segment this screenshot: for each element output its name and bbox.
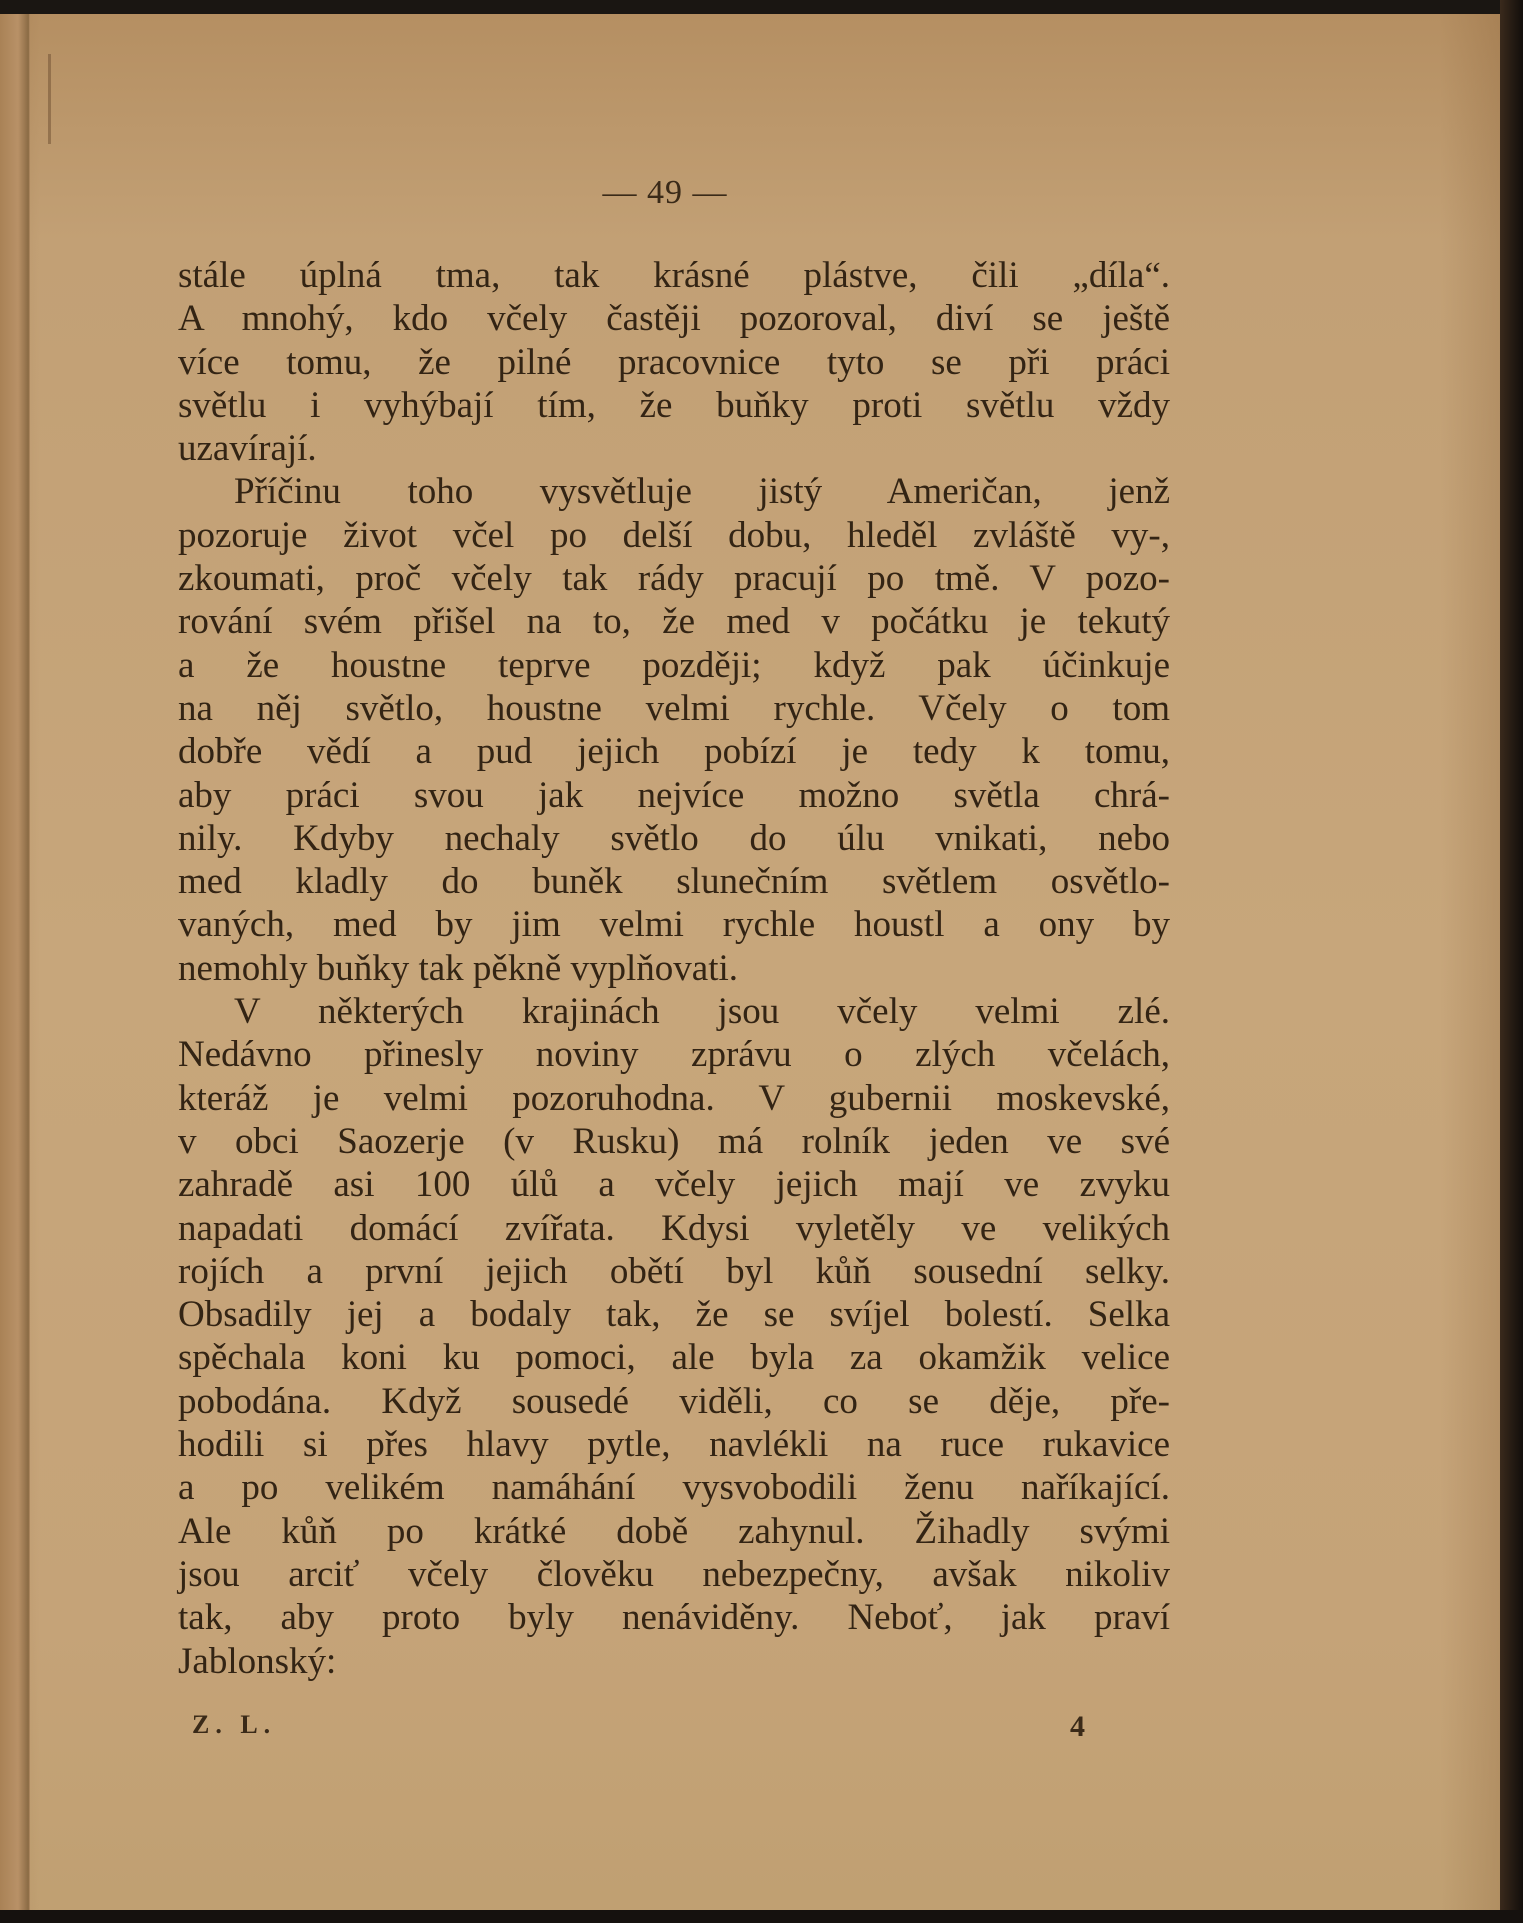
text-line: jsou arciť včely člověku nebezpečny, avš… [178,1553,1170,1596]
text-line: hodili si přes hlavy pytle, navlékli na … [178,1423,1170,1466]
text-line: v obci Saozerje (v Rusku) má rolník jede… [178,1120,1170,1163]
text-line: a že houstne teprve později; když pak úč… [178,644,1170,687]
printer-signature: Z. L. [192,1710,276,1740]
text-line: Příčinu toho vysvětluje jistý Američan, … [178,470,1170,513]
text-line: zkoumati, proč včely tak rády pracují po… [178,557,1170,600]
page-footer: Z. L. 4 [192,1710,1092,1750]
text-line: rování svém přišel na to, že med v počát… [178,600,1170,643]
text-line: uzavírají. [178,427,1170,470]
text-line: vaných, med by jim velmi rychle houstl a… [178,903,1170,946]
text-line: Obsadily jej a bodaly tak, že se svíjel … [178,1293,1170,1336]
text-line: a po velikém namáhání vysvobodili ženu n… [178,1466,1170,1509]
scan-frame-bottom [0,1910,1523,1923]
spine-mark [48,54,51,144]
text-line: zahradě asi 100 úlů a včely jejich mají … [178,1163,1170,1206]
text-line: A mnohý, kdo včely častěji pozoroval, di… [178,297,1170,340]
text-line: Jablonský: [178,1640,1170,1683]
text-line: stále úplná tma, tak krásné plástve, čil… [178,254,1170,297]
book-page: — 49 — stále úplná tma, tak krásné plást… [0,14,1500,1910]
sheet-number: 4 [1070,1710,1085,1744]
text-line: kteráž je velmi pozoruhodna. V gubernii … [178,1077,1170,1120]
text-line: napadati domácí zvířata. Kdysi vyletěly … [178,1207,1170,1250]
text-line: pobodána. Když sousedé viděli, co se děj… [178,1380,1170,1423]
text-line: pozoruje život včel po delší dobu, hledě… [178,514,1170,557]
book-spine-edge [0,14,30,1910]
text-line: na něj světlo, houstne velmi rychle. Vče… [178,687,1170,730]
text-line: nemohly buňky tak pěkně vyplňovati. [178,947,1170,990]
text-line: dobře vědí a pud jejich pobízí je tedy k… [178,730,1170,773]
text-line: spěchala koni ku pomoci, ale byla za oka… [178,1336,1170,1379]
text-line: aby práci svou jak nejvíce možno světla … [178,774,1170,817]
text-line: nily. Kdyby nechaly světlo do úlu vnikat… [178,817,1170,860]
text-line: světlu i vyhýbají tím, že buňky proti sv… [178,384,1170,427]
text-line: med kladly do buněk slunečním světlem os… [178,860,1170,903]
text-line: tak, aby proto byly nenáviděny. Neboť, j… [178,1596,1170,1639]
page-number: — 49 — [0,174,1330,212]
text-line: V některých krajinách jsou včely velmi z… [178,990,1170,1033]
text-line: více tomu, že pilné pracovnice tyto se p… [178,341,1170,384]
scan-frame-right [1500,0,1523,1923]
body-text: stále úplná tma, tak krásné plástve, čil… [178,254,1170,1683]
text-line: rojích a první jejich obětí byl kůň sous… [178,1250,1170,1293]
text-line: Nedávno přinesly noviny zprávu o zlých v… [178,1033,1170,1076]
text-line: Ale kůň po krátké době zahynul. Žihadly … [178,1510,1170,1553]
